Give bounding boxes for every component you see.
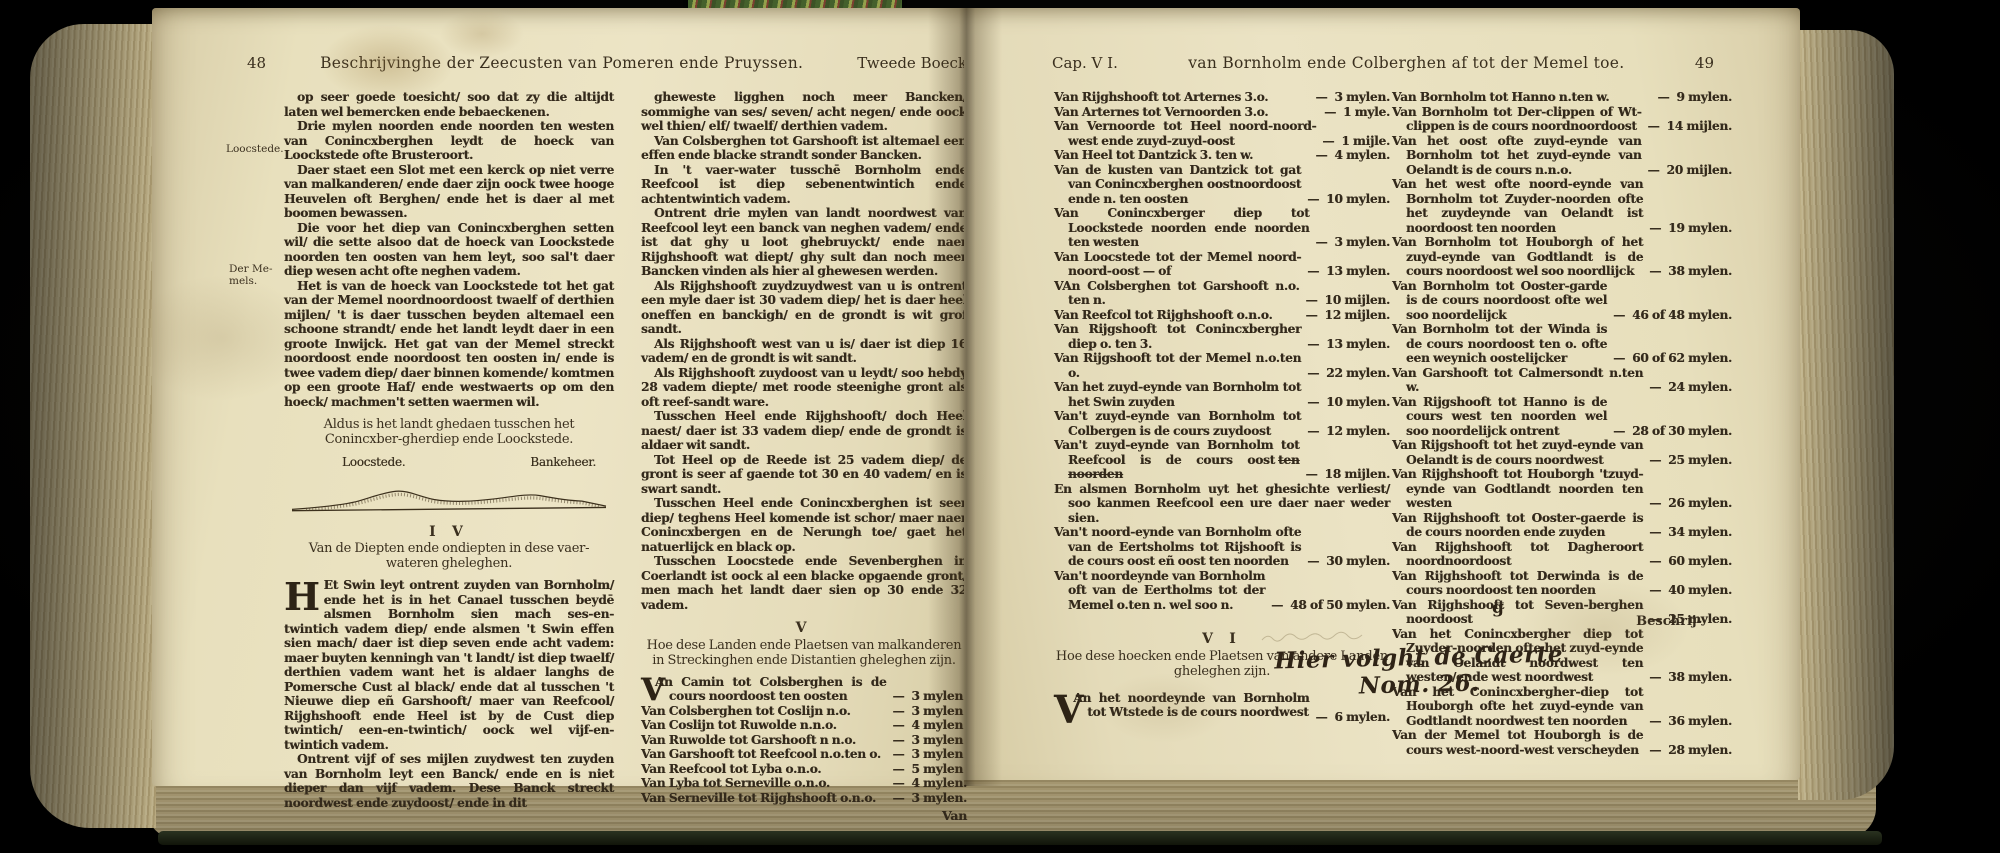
route-text: Van Bornholm tot Ooster-garde is de cour…: [1392, 279, 1607, 323]
distance-value: 3 mylen.: [1315, 235, 1390, 250]
distance-entry: Van Loocstede tot der Memel noord-noord-…: [1054, 250, 1390, 279]
route-text: Van Garshooft tot Calmersondt n.ten w.: [1392, 366, 1643, 395]
distance-entry: Van Arternes tot Vernoorden 3.o. 1 myle.: [1054, 105, 1390, 120]
distance-value: 6 mylen.: [1315, 710, 1390, 725]
distance-entry: En alsmen Bornholm uyt het ghesichte ver…: [1054, 482, 1390, 526]
distance-entry: Van't noordeynde van Bornholm oft van de…: [1054, 569, 1390, 613]
paragraph: Als Rijghshooft west van u is/ daer ist …: [641, 337, 967, 366]
profile-label-left: Loocstede.: [342, 455, 405, 470]
distance-value: 20 mijlen.: [1648, 163, 1732, 178]
paragraph: Drie mylen noorden ende noorden ten west…: [284, 119, 614, 163]
distance-entry: Van Bornholm tot Houborgh of het zuyd-ey…: [1392, 235, 1732, 279]
distance-value: 10 mijlen.: [1306, 293, 1390, 308]
distance-entry: Van Reefcool tot Lyba o.n.o. 5 mylen.: [641, 762, 967, 777]
route-text: Van Arternes tot Vernoorden 3.o.: [1054, 105, 1318, 120]
distance-entry: Van Rijghshooft tot Ooster-gaerde is de …: [1392, 511, 1732, 540]
book-cover-rim: [158, 831, 1882, 845]
distance-value: 60 of 62 mylen.: [1613, 351, 1732, 366]
route-text: Van de kusten van Dantzick tot gat van C…: [1054, 163, 1301, 207]
distance-value: 24 mylen.: [1649, 380, 1732, 395]
distance-entry: Van Rijgshooft tot Hanno is de cours wes…: [1392, 395, 1732, 439]
left-page-column-1: op seer goede toesicht/ soo dat zy die a…: [284, 90, 614, 810]
distance-value: 46 of 48 mylen.: [1613, 308, 1732, 323]
paragraph: op seer goede toesicht/ soo dat zy die a…: [284, 90, 614, 119]
margin-note-loocstede: Loocstede.: [226, 144, 280, 156]
paragraph: In 't vaer-water tusschē Bornholm ende R…: [641, 163, 967, 207]
distance-value: 60 mylen.: [1649, 554, 1732, 569]
distance-entry: Van Rijgshooft tot Conincxbergher diep o…: [1054, 322, 1390, 351]
distance-value: 38 mylen.: [1649, 670, 1732, 685]
route-text: Van Coslijn tot Ruwolde n.n.o.: [641, 718, 886, 733]
distance-entry: Van Rijgshooft tot het zuyd-eynde van Oe…: [1392, 438, 1732, 467]
route-text: Van Rijgshooft tot Hanno is de cours wes…: [1392, 395, 1607, 439]
distance-value: 1 mijle.: [1322, 134, 1390, 149]
paragraph: Tusschen Loocstede ende Sevenberghen in …: [641, 554, 967, 612]
page-number-right: 49: [1695, 54, 1714, 72]
route-text: Van Bornholm tot Houborgh of het zuyd-ey…: [1392, 235, 1643, 279]
distance-entry: Van Bornholm tot der Winda is de cours n…: [1392, 322, 1732, 366]
page-edges-left: [30, 24, 156, 828]
route-text: En alsmen Bornholm uyt het ghesichte ver…: [1054, 482, 1390, 526]
distance-value: 28 of 30 mylen.: [1613, 424, 1732, 439]
distance-value: 36 mylen.: [1649, 714, 1732, 729]
distance-entry: Van Bornholm tot Hanno n.ten w. 9 mylen.: [1392, 90, 1732, 105]
distance-value: 38 mylen.: [1649, 264, 1732, 279]
section-iv: I V Van de Diepten ende ondiepten in des…: [284, 525, 614, 811]
section-v-title: Hoe dese Landen ende Plaetsen van malkan…: [641, 638, 967, 668]
left-page-column-2: gheweste ligghen noch meer Bancken/ somm…: [641, 90, 967, 824]
paragraph: Van Colsberghen tot Garshooft ist altema…: [641, 134, 967, 163]
distance-entry: Van Heel tot Dantzick 3. ten w. 4 mylen.: [1054, 148, 1390, 163]
distance-list: Van Rijghshooft tot Arternes 3.o. 3 myle…: [1054, 90, 1390, 612]
distance-value: 22 mylen.: [1307, 366, 1390, 381]
distance-value: 4 mylen.: [892, 718, 967, 733]
distance-value: 40 mylen.: [1649, 583, 1732, 598]
running-title-book: Tweede Boeck: [857, 54, 967, 72]
route-text: Van Loocstede tot der Memel noord-noord-…: [1054, 250, 1301, 279]
paragraph: Tusschen Heel ende Rijghshooft/ doch Hee…: [641, 409, 967, 453]
left-page: 48 Beschrijvinghe der Zeecusten van Pome…: [152, 8, 964, 786]
margin-note-der-memels: Der Me- mels.: [229, 264, 283, 287]
right-page-column-1: Van Rijghshooft tot Arternes 3.o. 3 myle…: [1054, 90, 1390, 725]
route-text: VAn Colsberghen tot Garshooft n.o. ten n…: [1054, 279, 1300, 308]
route-text: Van Rijghshooft tot Houborgh 'tzuyd-eynd…: [1392, 467, 1643, 511]
route-text: Van het oost ofte zuyd-eynde van Bornhol…: [1392, 134, 1642, 178]
distance-value: 3 mylen.: [892, 689, 967, 704]
section-v-number: V: [641, 621, 967, 636]
distance-entry: Van Garshooft tot Reefcool n.o.ten o. 3 …: [641, 747, 967, 762]
paragraph: Tusschen Heel ende Conincxberghen ist se…: [641, 496, 967, 554]
chapter-label: Cap. V I.: [1052, 54, 1118, 72]
distance-value: 3 mylen.: [892, 747, 967, 762]
distance-value: 30 mylen.: [1307, 554, 1390, 569]
gathering-signature: g: [1492, 598, 1504, 618]
route-text: Van Serneville tot Rijghshooft o.n.o.: [641, 791, 886, 806]
distance-entry: Van Ruwolde tot Garshooft n n.o. 3 mylen…: [641, 733, 967, 748]
route-text: Van Vernoorde tot Heel noord-noord-west …: [1054, 119, 1316, 148]
page-number-left: 48: [247, 54, 266, 72]
route-text: Van Rijghshooft tot Dagheroort noordnoor…: [1392, 540, 1643, 569]
distance-entry: Van het zuyd-eynde van Bornholm tot het …: [1054, 380, 1390, 409]
distance-entry: Van't zuyd-eynde van Bornholm tot Reefco…: [1054, 438, 1390, 482]
route-text: Van der Memel tot Houborgh is de cours w…: [1392, 728, 1643, 757]
section-iv-paragraph-2: Ontrent vijf of ses mijlen zuydwest ten …: [284, 752, 614, 810]
distance-entry: Van Bornholm tot Ooster-garde is de cour…: [1392, 279, 1732, 323]
paragraph: Tot Heel op de Reede ist 25 vadem diep/ …: [641, 453, 967, 497]
running-title-left: Beschrijvinghe der Zeecusten van Pomeren…: [266, 54, 857, 72]
distance-entry: Van't noord-eynde van Bornholm ofte van …: [1054, 525, 1390, 569]
distance-entry: Van Lyba tot Serneville o.n.o. 4 mylen.: [641, 776, 967, 791]
distance-value: 4 mylen.: [892, 776, 967, 791]
section-iv-title: Van de Diepten ende ondiepten in dese va…: [284, 541, 614, 571]
right-page: Cap. V I. van Bornholm ende Colberghen a…: [964, 8, 1800, 780]
route-text: Van Rijgshooft tot het zuyd-eynde van Oe…: [1392, 438, 1643, 467]
route-text: Van Bornholm tot Hanno n.ten w.: [1392, 90, 1651, 105]
distance-entry: Van't zuyd-eynde van Bornholm tot Colber…: [1054, 409, 1390, 438]
route-text: Van't noord-eynde van Bornholm ofte van …: [1054, 525, 1301, 569]
distance-entry: Van Coslijn tot Ruwolde n.n.o. 4 mylen.: [641, 718, 967, 733]
paragraph: Het is van de hoeck van Loockstede tot h…: [284, 279, 614, 410]
distance-entry: Van Rijgshooft tot der Memel n.o.ten o. …: [1054, 351, 1390, 380]
distance-entry: Van het oost ofte zuyd-eynde van Bornhol…: [1392, 134, 1732, 178]
section-iv-number: I V: [284, 525, 614, 540]
distance-value: 28 mylen.: [1649, 743, 1732, 758]
distance-value: 3 mylen.: [892, 704, 967, 719]
paragraph: Daer staet een Slot met een kerck op nie…: [284, 163, 614, 221]
coastal-profile-illustration: [284, 472, 614, 516]
route-text: Van't zuyd-eynde van Bornholm tot Reefco…: [1054, 438, 1300, 482]
route-text: Van Reefcool tot Lyba o.n.o.: [641, 762, 886, 777]
distance-entry: Van Vernoorde tot Heel noord-noord-west …: [1054, 119, 1390, 148]
distance-entry: Van Garshooft tot Calmersondt n.ten w. 2…: [1392, 366, 1732, 395]
distance-value: 48 of 50 mylen.: [1271, 598, 1390, 613]
running-title-right: van Bornholm ende Colberghen af tot der …: [1118, 54, 1695, 72]
route-text: Van Bornholm tot Der-clippen of Wt-clipp…: [1392, 105, 1642, 134]
route-text: Van Lyba tot Serneville o.n.o.: [641, 776, 886, 791]
route-text: Van Garshooft tot Reefcool n.o.ten o.: [641, 747, 886, 762]
route-text: Van het west ofte noord-eynde van Bornho…: [1392, 177, 1643, 235]
route-text: Van Heel tot Dantzick 3. ten w.: [1054, 148, 1309, 163]
distance-entry: Van Rijghshooft tot Houborgh 'tzuyd-eynd…: [1392, 467, 1732, 511]
route-text: Van Ruwolde tot Garshooft n n.o.: [641, 733, 886, 748]
distance-entry: Van der Memel tot Houborgh is de cours w…: [1392, 728, 1732, 757]
distance-value: 3 mylen.: [1315, 90, 1390, 105]
route-text: Van Rijghshooft tot Ooster-gaerde is de …: [1392, 511, 1643, 540]
catchword-left-page: Van: [641, 809, 967, 824]
distance-entry: Van Reefcol tot Rijghshooft o.n.o. 12 mi…: [1054, 308, 1390, 323]
illustration-caption: Aldus is het landt ghedaen tusschen het …: [288, 417, 610, 447]
section-v: V Hoe dese Landen ende Plaetsen van malk…: [641, 621, 967, 824]
route-text: Van Reefcol tot Rijghshooft o.n.o.: [1054, 308, 1300, 323]
distance-value: 13 mylen.: [1307, 264, 1390, 279]
right-page-header: Cap. V I. van Bornholm ende Colberghen a…: [1052, 54, 1714, 72]
route-text: Van Rijghshooft tot Seven-berghen noordo…: [1392, 598, 1643, 627]
distance-entry: Van Colsberghen tot Coslijn n.o. 3 mylen…: [641, 704, 967, 719]
route-text: Van't zuyd-eynde van Bornholm tot Colber…: [1054, 409, 1301, 438]
paragraph: Ontrent drie mylen van landt noordwest v…: [641, 206, 967, 279]
distance-entry: Van Bornholm tot Der-clippen of Wt-clipp…: [1392, 105, 1732, 134]
distance-value: 14 mijlen.: [1648, 119, 1732, 134]
page-edges-right: [1798, 30, 1894, 800]
distance-value: 9 mylen.: [1657, 90, 1732, 105]
paragraph: Die voor het diep van Conincxberghen set…: [284, 221, 614, 279]
distance-value: 26 mylen.: [1649, 496, 1732, 511]
profile-label-right: Bankeheer.: [530, 455, 596, 470]
distance-entry: Van Conincxberger diep tot Loockstede no…: [1054, 206, 1390, 250]
distance-value: 12 mylen.: [1307, 424, 1390, 439]
distance-value: 12 mijlen.: [1306, 308, 1390, 323]
distance-entry: VAn Colsberghen tot Garshooft n.o. ten n…: [1054, 279, 1390, 308]
route-text: Van Rijgshooft tot Conincxbergher diep o…: [1054, 322, 1301, 351]
distance-value: 34 mylen.: [1649, 525, 1732, 540]
paragraph: gheweste ligghen noch meer Bancken/ somm…: [641, 90, 967, 134]
profile-labels: Loocstede. Bankeheer.: [284, 453, 614, 470]
route-text: Van het zuyd-eynde van Bornholm tot het …: [1054, 380, 1301, 409]
route-text: Van Rijgshooft tot der Memel n.o.ten o.: [1054, 351, 1301, 380]
distance-value: 5 mylen.: [892, 762, 967, 777]
section-iv-paragraph: HEt Swin leyt ontrent zuyden van Bornhol…: [284, 578, 614, 752]
distance-value: 19 mylen.: [1649, 221, 1732, 236]
route-text: Van Rijghshooft tot Arternes 3.o.: [1054, 90, 1309, 105]
distance-entry: Van Rijghshooft tot Arternes 3.o. 3 myle…: [1054, 90, 1390, 105]
distance-value: 1 myle.: [1324, 105, 1390, 120]
distance-entry: Van de kusten van Dantzick tot gat van C…: [1054, 163, 1390, 207]
paragraph: Als Rijghshooft zuydzuydwest van u is on…: [641, 279, 967, 337]
distance-value: 18 mijlen.: [1306, 467, 1390, 482]
paragraph: Als Rijghshooft zuydoost van u leydt/ so…: [641, 366, 967, 410]
distance-entry: Van Rijghshooft tot Derwinda is de cours…: [1392, 569, 1732, 598]
distance-value: 3 mylen.: [892, 733, 967, 748]
column-text: gheweste ligghen noch meer Bancken/ somm…: [641, 90, 967, 612]
distance-value: 10 mylen.: [1307, 192, 1390, 207]
distance-value: 13 mylen.: [1307, 337, 1390, 352]
distance-entry: Van Serneville tot Rijghshooft o.n.o. 3 …: [641, 791, 967, 806]
plate-reference-line: Hier volght de Caerte Nom. 26.: [1245, 640, 1592, 702]
route-text: Van Rijghshooft tot Derwinda is de cours…: [1392, 569, 1643, 598]
drop-cap-h: H: [284, 581, 320, 612]
distance-value: 10 mylen.: [1307, 395, 1390, 410]
distance-value: 3 mylen.: [892, 791, 967, 806]
left-page-header: 48 Beschrijvinghe der Zeecusten van Pome…: [247, 54, 967, 72]
distance-entry: Van het west ofte noord-eynde van Bornho…: [1392, 177, 1732, 235]
handwritten-annotation: [1259, 631, 1379, 645]
distance-value: 25 mylen.: [1649, 453, 1732, 468]
column-text: op seer goede toesicht/ soo dat zy die a…: [284, 90, 614, 409]
distance-table: Van Colsberghen tot Coslijn n.o. 3 mylen…: [641, 704, 967, 806]
route-text: Van Colsberghen tot Coslijn n.o.: [641, 704, 886, 719]
route-text: Van Conincxberger diep tot Loockstede no…: [1054, 206, 1309, 250]
route-text: Van't noordeynde van Bornholm oft van de…: [1054, 569, 1265, 613]
catchword-right-page: Beschrij-: [1636, 614, 1702, 629]
route-text: Van Bornholm tot der Winda is de cours n…: [1392, 322, 1607, 366]
book-photograph: 48 Beschrijvinghe der Zeecusten van Pome…: [0, 0, 2000, 853]
distance-value: 4 mylen.: [1315, 148, 1390, 163]
distance-entry: Van Rijghshooft tot Dagheroort noordnoor…: [1392, 540, 1732, 569]
distance-entry-first: VAn Camin tot Colsberghen is de cours no…: [641, 675, 967, 704]
